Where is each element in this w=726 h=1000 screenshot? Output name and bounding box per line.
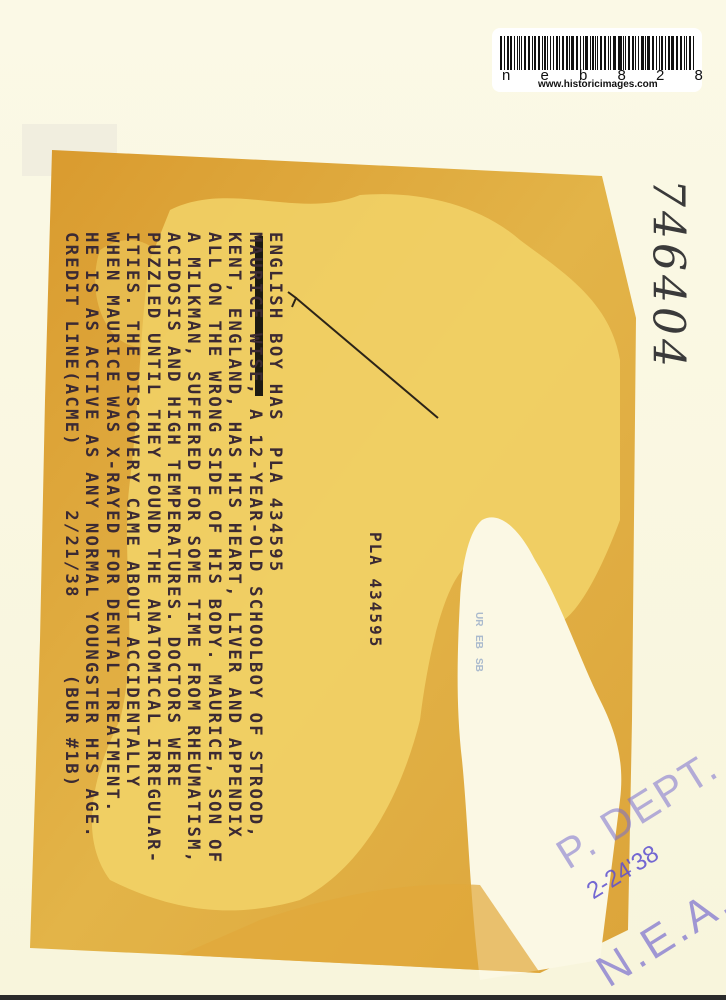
reference-number: PLA 434595 (366, 532, 385, 648)
caption-text: ENGLISH BOY HAS PLA 434595MAURICE WISE, … (61, 232, 285, 864)
handwritten-number: 746404 (643, 179, 694, 371)
caption-line: ENGLISH BOY HAS PLA 434595 (265, 232, 285, 864)
caption-line: HE IS AS ACTIVE AS ANY NORMAL YOUNGSTER … (81, 232, 101, 864)
barcode-icon (500, 36, 694, 70)
caption-line: KENT, ENGLAND, HAS HIS HEART, LIVER AND … (224, 232, 244, 864)
barcode-url: www.historicimages.com (538, 79, 658, 90)
caption-line: ALL ON THE WRONG SIDE OF HIS BODY. MAURI… (203, 232, 223, 864)
faint-stamp-fragment: UR (473, 612, 484, 626)
faint-stamp-fragment: SB (473, 658, 484, 672)
caption-line: WHEN MAURICE WAS X-RAYED FOR DENTAL TREA… (101, 232, 121, 864)
caption-line: PUZZLED UNTIL THEY FOUND THE ANATOMICAL … (142, 232, 162, 864)
caption-line: ACIDOSIS AND HIGH TEMPERATURES. DOCTORS … (163, 232, 183, 864)
faint-stamp-fragment: EB (473, 635, 484, 649)
barcode-label: n e b 8 2 8 6 3 www.historicimages.com (492, 28, 702, 92)
caption-line: MAURICE WISE, A 12-YEAR-OLD SCHOOLBOY OF… (244, 232, 264, 864)
caption-line: CREDIT LINE(ACME) 2/21/38 (BUR #1B) (61, 232, 81, 864)
caption-line: A MILKMAN, SUFFERED FOR SOME TIME FROM R… (183, 232, 203, 864)
scan-edge (0, 995, 726, 1000)
caption-line: ITIES. THE DISCOVERY CAME ABOUT ACCIDENT… (122, 232, 142, 864)
